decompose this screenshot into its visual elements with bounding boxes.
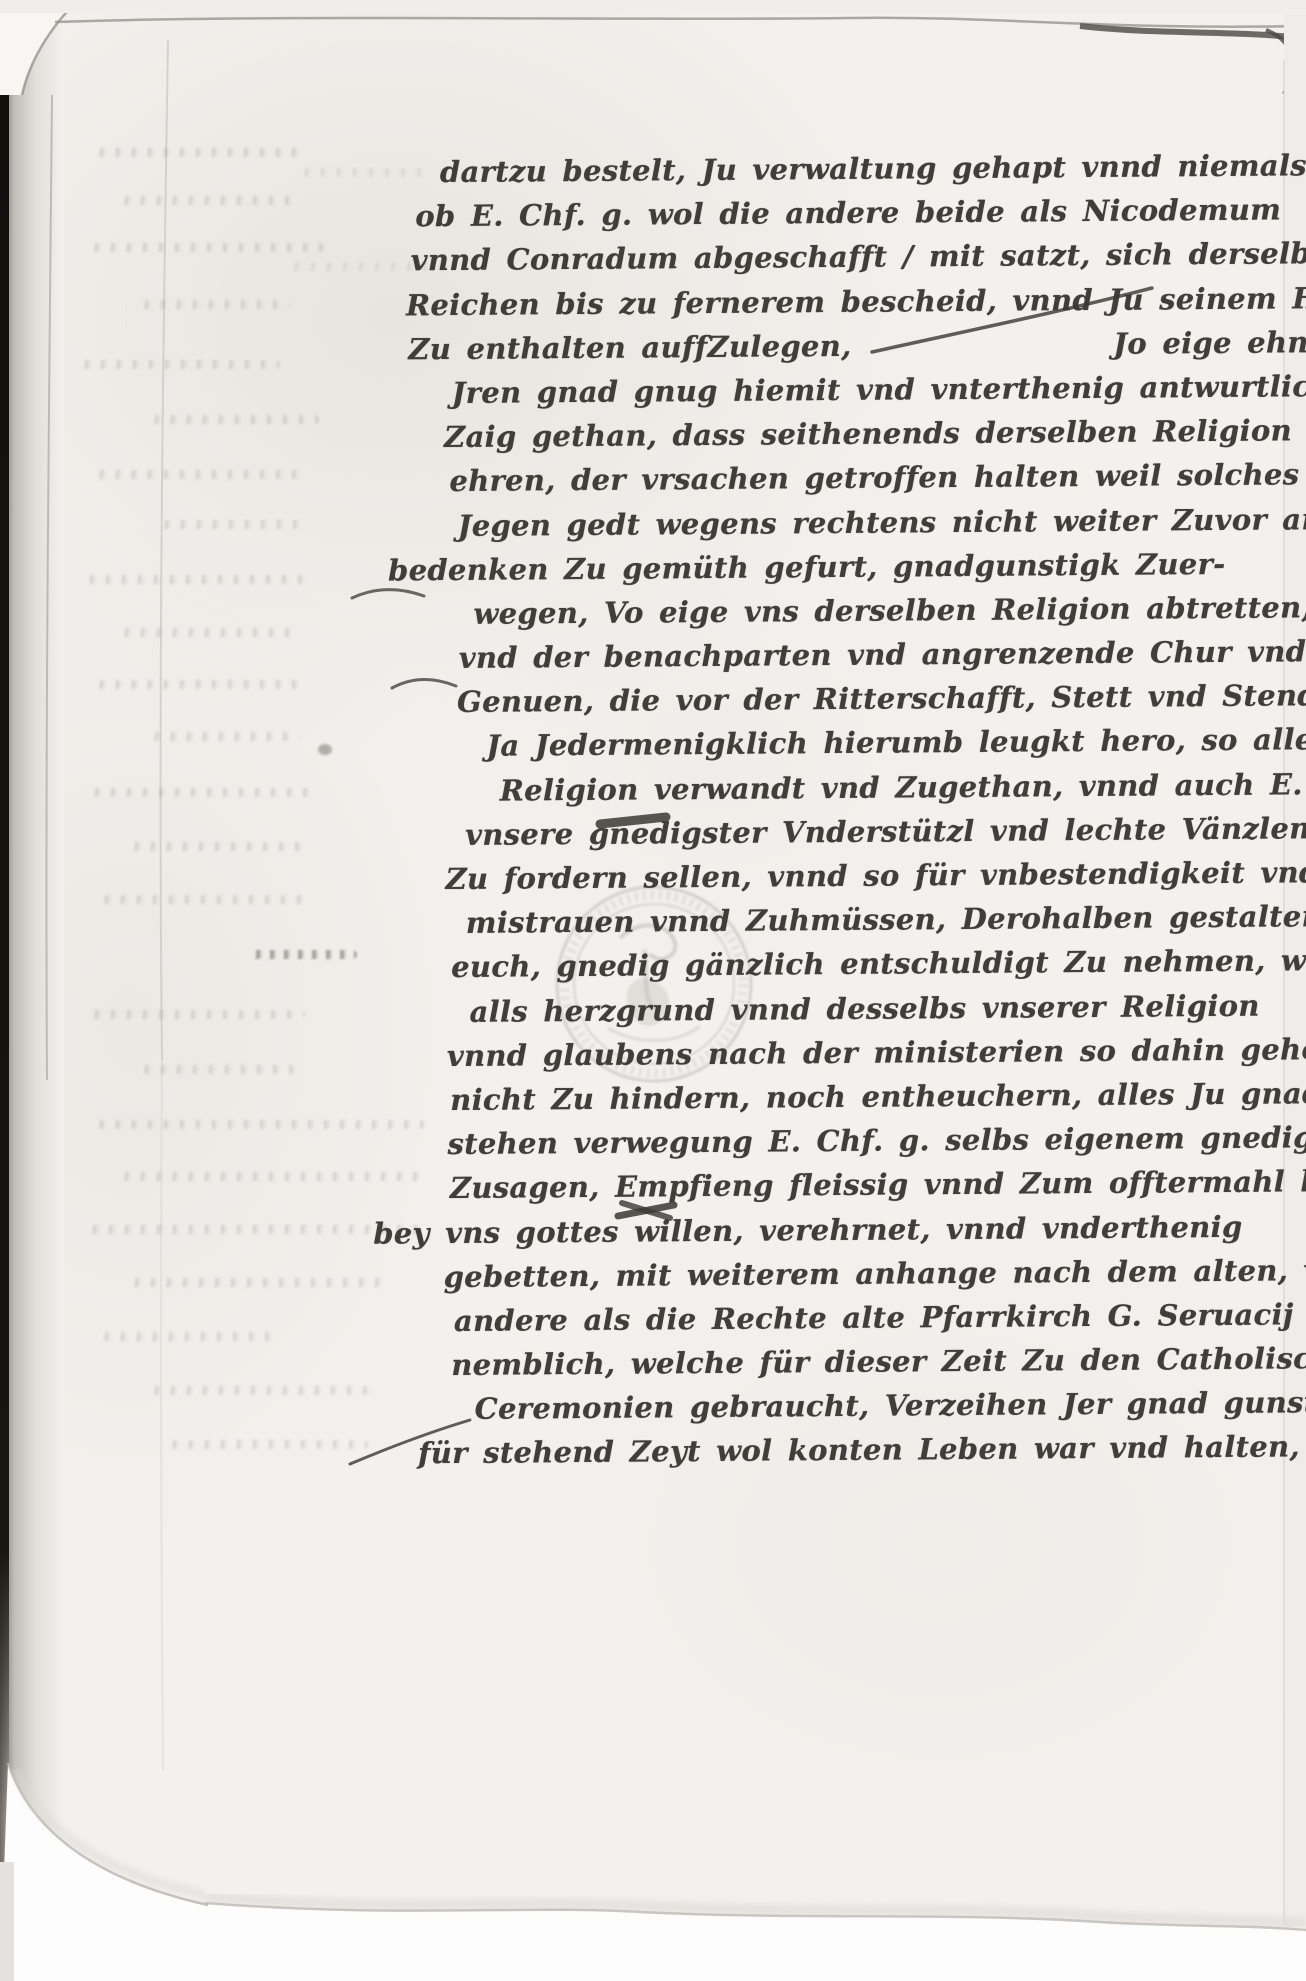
- manuscript-line: bedenken Zu gemüth gefurt, gnadgunstigk …: [388, 546, 1306, 597]
- ghost-line: [100, 1332, 280, 1341]
- manuscript-line: alls herzgrund vnnd desselbs vnserer Rel…: [469, 988, 1306, 1039]
- ghost-line: [160, 520, 300, 529]
- ghost-line: [90, 788, 315, 797]
- ghost-line: [120, 196, 300, 205]
- ghost-line: [168, 1440, 368, 1449]
- manuscript-line: dartzu bestelt, Ju verwaltung gehapt vnn…: [440, 148, 1306, 199]
- manuscript-line: für stehend Zeyt wol konten Leben war vn…: [418, 1430, 1306, 1481]
- manuscript-line: Zaig gethan, dass seithenends derselben …: [444, 413, 1306, 464]
- manuscript-line: Genuen, die vor der Ritterschafft, Stett…: [457, 678, 1306, 729]
- manuscript-line: gebetten, mit weiterem anhange nach dem …: [443, 1253, 1306, 1304]
- ghost-line: [90, 1010, 305, 1019]
- ghost-line: [85, 575, 305, 584]
- manuscript-line: Jegen gedt wegens rechtens nicht weiter …: [458, 502, 1306, 553]
- ghost-line: [95, 470, 305, 479]
- manuscript-line: Zusagen, Empfieng fleissig vnnd Zum offt…: [450, 1164, 1306, 1215]
- manuscript-line: mistrauen vnnd Zuhmüssen, Derohalben ges…: [466, 899, 1306, 950]
- manuscript-text: dartzu bestelt, Ju verwaltung gehapt vnn…: [335, 148, 1306, 1481]
- manuscript-line: stehen verwegung E. Chf. g. selbs eigene…: [447, 1120, 1306, 1171]
- ghost-line: [150, 732, 300, 741]
- manuscript-line: Jren gnad gnug hiemit vnd vnterthenig an…: [452, 369, 1306, 420]
- ghost-line: [95, 148, 305, 157]
- ghost-line: [100, 895, 305, 904]
- manuscript-line: ob E. Chf. g. wol die andere beide als N…: [415, 192, 1306, 243]
- manuscript-line: vnnd glaubens nach der ministerien so da…: [447, 1032, 1306, 1083]
- manuscript-line: Religion verwandt vnd Zugethan, vnnd auc…: [500, 767, 1306, 818]
- ghost-line: [90, 243, 325, 252]
- manuscript-line: vnd der benachparten vnd angrenzende Chu…: [459, 634, 1306, 685]
- manuscript-scan: dartzu bestelt, Ju verwaltung gehapt vnn…: [0, 0, 1306, 1981]
- line-segment: Zu enthalten auffZulegen,: [408, 329, 851, 366]
- ghost-line: [80, 360, 280, 369]
- manuscript-line: ehren, der vrsachen getroffen halten wei…: [449, 457, 1306, 508]
- manuscript-line: bey vns gottes willen, verehrnet, vnnd v…: [373, 1209, 1306, 1261]
- manuscript-line: wegen, Vo eige vns derselben Religion ab…: [473, 590, 1306, 641]
- manuscript-line: Reichen bis zu fernerem bescheid, vnnd J…: [406, 281, 1306, 332]
- ghost-line: [120, 628, 300, 637]
- manuscript-line: Zu enthalten auffZulegen, Jo eige ehn wo…: [408, 325, 1306, 376]
- ghost-line: [140, 1065, 305, 1074]
- manuscript-line: nicht Zu hindern, noch entheuchern, alle…: [450, 1076, 1306, 1127]
- manuscript-line: nemblich, welche für dieser Zeit Zu den …: [451, 1341, 1306, 1392]
- ghost-line: [150, 415, 320, 424]
- manuscript-line: euch, gnedig gänzlich entschuldigt Zu ne…: [451, 944, 1306, 995]
- ghost-line: [140, 300, 290, 309]
- manuscript-line: andere als die Rechte alte Pfarrkirch G.…: [454, 1297, 1306, 1348]
- ghost-line: [130, 842, 305, 851]
- ink-speck: [318, 744, 332, 755]
- ghost-line: [150, 1386, 370, 1395]
- manuscript-line: Ceremonien gebraucht, Verzeihen Jer gnad…: [475, 1385, 1306, 1436]
- manuscript-line: vnsere gnedigster Vnderstützl vnd lechte…: [465, 811, 1306, 862]
- manuscript-line: Zu fordern sellen, vnnd so für vnbestend…: [445, 855, 1306, 906]
- manuscript-line: vnnd Conradum abgeschafft / mit satzt, s…: [411, 237, 1306, 288]
- ghost-line: [95, 680, 305, 689]
- manuscript-line: Ja Jedermenigklich hierumb leugkt hero, …: [486, 723, 1306, 774]
- line-segment: Jo eige ehn wol: [1113, 324, 1306, 360]
